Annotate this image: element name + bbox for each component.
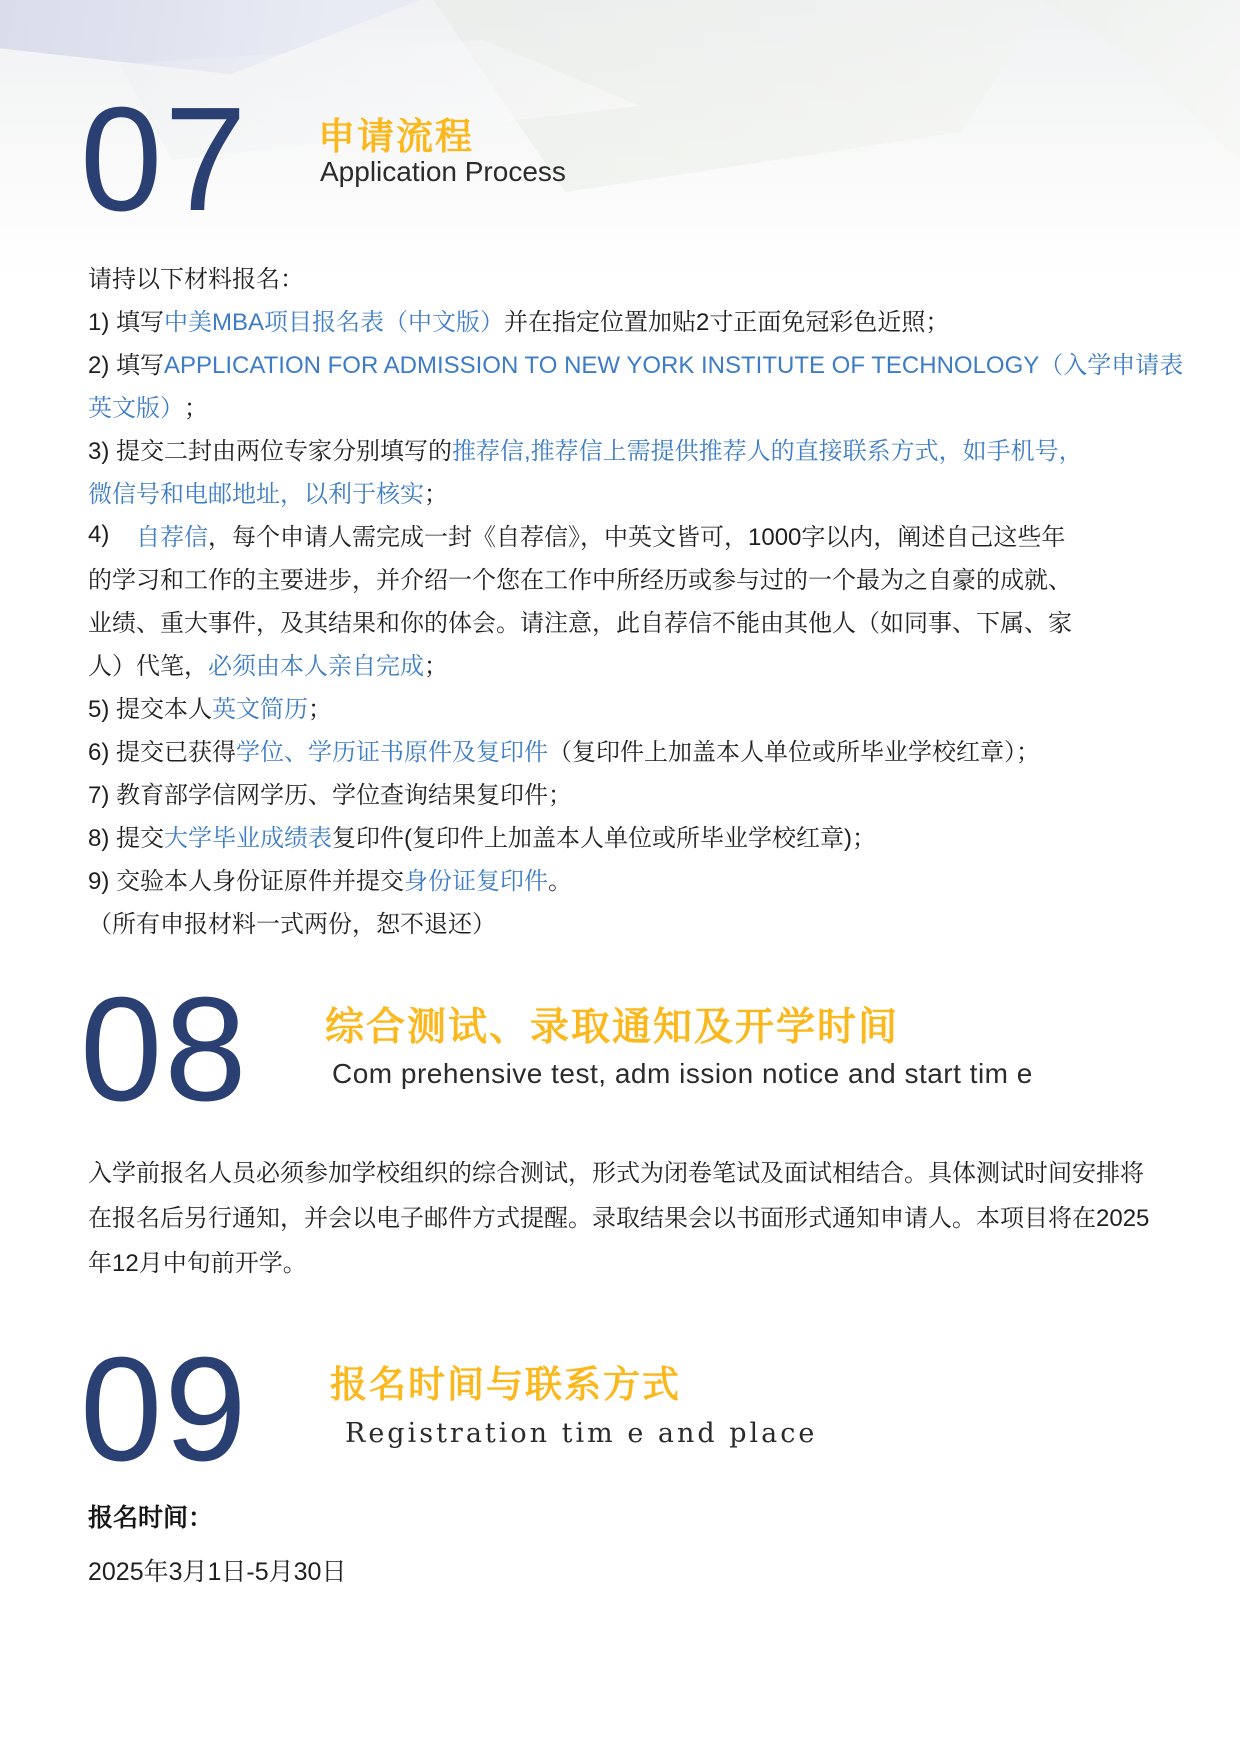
text-segment: 8) 提交	[88, 818, 164, 853]
text-segment: 6) 提交已获得	[88, 732, 236, 767]
text-line: 5) 提交本人英文简历；	[88, 685, 1183, 728]
text-line: 8) 提交大学毕业成绩表复印件(复印件上加盖本人单位或所毕业学校红章)；	[88, 814, 1183, 857]
highlighted-text: 微信号和电邮地址，以利于核实	[88, 474, 424, 509]
section-title-zh-08: 综合测试、录取通知及开学时间	[325, 996, 899, 1052]
text-segment: 年12月中旬前开学。	[88, 1243, 307, 1278]
highlighted-text: 必须由本人亲自完成	[208, 646, 424, 681]
section-title-zh-07: 申请流程	[318, 106, 474, 160]
text-segment: 2) 填写	[88, 345, 164, 380]
text-line: 3) 提交二封由两位专家分别填写的推荐信,推荐信上需提供推荐人的直接联系方式，如…	[88, 427, 1183, 470]
section-number-07: 07	[80, 86, 249, 234]
brochure-page: 07 申请流程 Application Process 请持以下材料报名：1) …	[0, 0, 1240, 1753]
highlighted-text: 英文简历	[212, 689, 308, 724]
text-segment: 人）代笔，	[88, 646, 208, 681]
text-segment: ；	[184, 388, 208, 423]
decor-polygon-right	[1040, 0, 1240, 170]
section-title-en-08: Com prehensive test, adm ission notice a…	[332, 1058, 1033, 1090]
text-segment: 并在指定位置加贴2寸正面免冠彩色近照；	[504, 302, 949, 337]
text-segment: 3) 提交二封由两位专家分别填写的	[88, 431, 452, 466]
text-segment: 在报名后另行通知，并会以电子邮件方式提醒。录取结果会以书面形式通知申请人。本项目…	[88, 1198, 1149, 1233]
text-line: 年12月中旬前开学。	[88, 1238, 1149, 1283]
registration-time-label: 报名时间：	[88, 1498, 213, 1534]
text-line: 2) 填写APPLICATION FOR ADMISSION TO NEW YO…	[88, 341, 1183, 384]
text-segment: 1) 填写	[88, 302, 164, 337]
text-segment: 7) 教育部学信网学历、学位查询结果复印件；	[88, 775, 572, 810]
highlighted-text: 推荐信,推荐信上需提供推荐人的直接联系方式，如手机号，	[452, 431, 1083, 466]
text-line: 微信号和电邮地址，以利于核实；	[88, 470, 1183, 513]
registration-time-value: 2025年3月1日-5月30日	[88, 1552, 346, 1588]
text-segment: （复印件上加盖本人单位或所毕业学校红章）；	[548, 732, 1040, 767]
highlighted-text: 中美MBA项目报名表（中文版）	[164, 302, 504, 337]
text-line: 7) 教育部学信网学历、学位查询结果复印件；	[88, 771, 1183, 814]
text-line: 人）代笔，必须由本人亲自完成；	[88, 642, 1183, 685]
text-segment: 入学前报名人员必须参加学校组织的综合测试，形式为闭卷笔试及面试相结合。具体测试时…	[88, 1153, 1144, 1188]
text-line: 请持以下材料报名：	[88, 255, 1183, 298]
text-segment: 的学习和工作的主要进步，并介绍一个您在工作中所经历或参与过的一个最为之自豪的成就…	[88, 560, 1072, 595]
text-line: 1) 填写中美MBA项目报名表（中文版）并在指定位置加贴2寸正面免冠彩色近照；	[88, 298, 1183, 341]
application-materials-list: 请持以下材料报名：1) 填写中美MBA项目报名表（中文版）并在指定位置加贴2寸正…	[88, 255, 1183, 943]
text-segment: 。	[548, 861, 572, 896]
text-segment: 请持以下材料报名：	[88, 259, 304, 294]
text-segment: 复印件(复印件上加盖本人单位或所毕业学校红章)；	[332, 818, 876, 853]
section-number-09: 09	[80, 1336, 249, 1484]
text-segment: （所有申报材料一式两份，恕不退还）	[88, 904, 496, 939]
highlighted-text: 英文版）	[88, 388, 184, 423]
text-segment: ；	[424, 474, 448, 509]
text-line: 9) 交验本人身份证原件并提交身份证复印件。	[88, 857, 1183, 900]
highlighted-text: APPLICATION FOR ADMISSION TO NEW YORK IN…	[164, 345, 1183, 380]
text-line: 6) 提交已获得学位、学历证书原件及复印件（复印件上加盖本人单位或所毕业学校红章…	[88, 728, 1183, 771]
test-info-paragraph: 入学前报名人员必须参加学校组织的综合测试，形式为闭卷笔试及面试相结合。具体测试时…	[88, 1148, 1149, 1283]
section-title-en-09: Registration tim e and place	[345, 1418, 817, 1449]
text-line: 在报名后另行通知，并会以电子邮件方式提醒。录取结果会以书面形式通知申请人。本项目…	[88, 1193, 1149, 1238]
highlighted-text: 身份证复印件	[404, 861, 548, 896]
text-line: 业绩、重大事件，及其结果和你的体会。请注意，此自荐信不能由其他人（如同事、下属、…	[88, 599, 1183, 642]
highlighted-text: 大学毕业成绩表	[164, 818, 332, 853]
section-title-en-07: Application Process	[320, 156, 566, 188]
highlighted-text: 自荐信	[136, 517, 208, 552]
text-line: 4) 自荐信，每个申请人需完成一封《自荐信》，中英文皆可，1000字以内，阐述自…	[88, 513, 1183, 556]
text-segment: 5) 提交本人	[88, 689, 212, 724]
text-segment: ，每个申请人需完成一封《自荐信》，中英文皆可，1000字以内，阐述自己这些年	[208, 517, 1065, 552]
text-line: （所有申报材料一式两份，恕不退还）	[88, 900, 1183, 943]
text-line: 英文版）；	[88, 384, 1183, 427]
text-line: 入学前报名人员必须参加学校组织的综合测试，形式为闭卷笔试及面试相结合。具体测试时…	[88, 1148, 1149, 1193]
text-segment: 4)	[88, 521, 136, 549]
section-title-zh-09: 报名时间与联系方式	[330, 1354, 681, 1408]
text-line: 的学习和工作的主要进步，并介绍一个您在工作中所经历或参与过的一个最为之自豪的成就…	[88, 556, 1183, 599]
text-segment: ；	[308, 689, 332, 724]
text-segment: ；	[424, 646, 448, 681]
section-number-08: 08	[80, 976, 249, 1124]
highlighted-text: 学位、学历证书原件及复印件	[236, 732, 548, 767]
text-segment: 9) 交验本人身份证原件并提交	[88, 861, 404, 896]
text-segment: 业绩、重大事件，及其结果和你的体会。请注意，此自荐信不能由其他人（如同事、下属、…	[88, 603, 1072, 638]
